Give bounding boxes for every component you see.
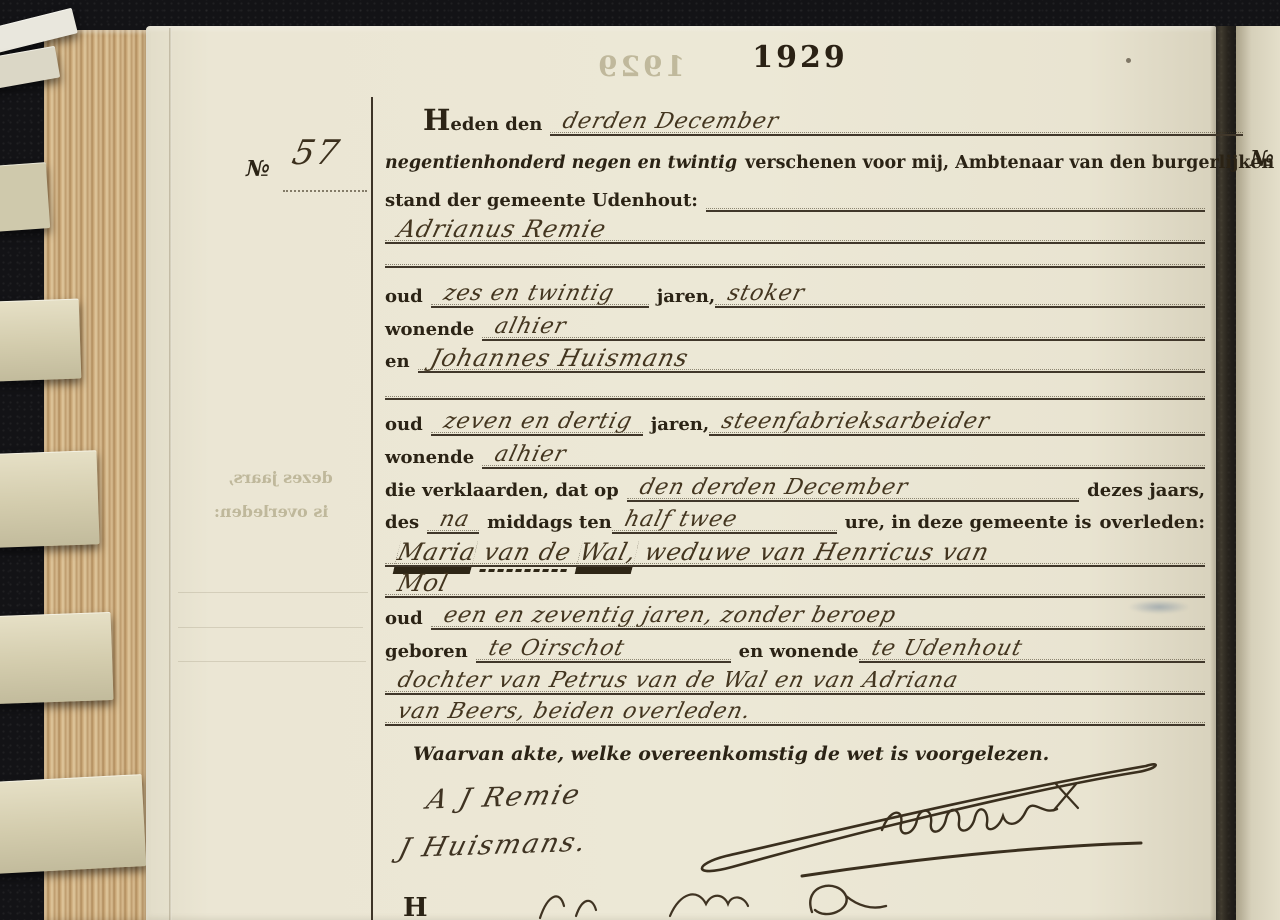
page-marker-tab	[0, 299, 81, 382]
parents-handwriting-1: dochter van Petrus van de Wal en van Adr…	[385, 671, 964, 693]
declarant2-occupation-field: steenfabrieksarbeider	[709, 404, 1205, 436]
ink-speck	[1126, 58, 1131, 63]
bleedthrough-rule	[178, 627, 363, 628]
blue-ink-smudge	[1128, 600, 1190, 614]
form-label-wonende: wonende	[385, 320, 482, 341]
form-label-jaren: jaren,	[649, 287, 715, 308]
page-fold-line	[169, 28, 172, 920]
parents-field-1: dochter van Petrus van de Wal en van Adr…	[385, 661, 1205, 695]
day-part-field: na	[427, 502, 479, 534]
line-declarant2-name: en Johannes Huismans	[385, 339, 1205, 373]
line-year-words: negentienhonderd negen en twintig versch…	[385, 147, 1205, 173]
declarant1-age-field: zes en twintig	[431, 276, 649, 308]
line-declarant1-residence: wonende alhier	[385, 309, 1205, 341]
death-date-field: den derden December	[627, 470, 1079, 502]
declarant1-occupation-field: stoker	[715, 276, 1205, 308]
deceased-name-handwriting: Mariavan deWal,weduwe van Henricus van	[385, 541, 1005, 565]
birthplace-field: te Oirschot	[476, 631, 731, 663]
record-number: 57	[289, 133, 345, 173]
form-label-verschenen: verschenen voor mij, Ambtenaar van den b…	[745, 153, 1280, 173]
declarant1-age-handwriting: zes en twintig	[431, 284, 620, 306]
line-birth-residence: geboren te Oirschot en wonende te Udenho…	[385, 631, 1205, 663]
line-deceased-age: oud een en zeventig jaren, zonder beroep	[385, 598, 1205, 630]
death-date-handwriting: den derden December	[627, 478, 914, 500]
page-marker-tab	[0, 162, 50, 232]
bleedthrough-rule	[178, 661, 366, 662]
margin-divider-rule	[371, 97, 373, 920]
form-label-oud: oud	[385, 415, 431, 436]
register-book-scan: № 1929 1929 № 57 dezes jaars, is overled…	[0, 0, 1280, 920]
line-heden-den: Heden den derden December	[385, 104, 1243, 136]
deceased-name-field: Mariavan deWal,weduwe van Henricus van	[385, 531, 1205, 567]
line-deceased-name-2: Mol	[385, 566, 1205, 598]
line-declarant2-residence: wonende alhier	[385, 437, 1205, 469]
deceased-name-handwriting-2: Mol	[385, 572, 455, 596]
empty-ruled-line	[385, 380, 1205, 400]
deceased-given-name: Maria	[394, 538, 479, 567]
deceased-widow-of: weduwe van Henricus van	[642, 538, 993, 566]
deceased-name-field-2: Mol	[385, 566, 1205, 598]
day-part-handwriting: na	[427, 510, 476, 532]
deceased-age-handwriting: een en zeventig jaren, zonder beroep	[431, 606, 902, 628]
declarant2-residence-field: alhier	[482, 437, 1205, 469]
bleedthrough-text: is overleden:	[214, 502, 328, 521]
form-label-geboren: geboren	[385, 642, 476, 663]
line-death-date: die verklaarden, dat op den derden Decem…	[385, 470, 1205, 502]
declarant1-occupation-handwriting: stoker	[715, 284, 811, 306]
form-label-en-wonende: en wonende	[731, 642, 859, 663]
form-label-year-words: negentienhonderd negen en twintig	[385, 153, 745, 173]
declarant2-age-field: zeven en dertig	[431, 404, 643, 436]
deceased-surname: Wal,	[576, 538, 639, 567]
declarant1-name-field: Adrianus Remie	[385, 208, 1205, 244]
form-label-dezes-jaars: dezes jaars,	[1079, 481, 1205, 502]
declarant2-name-field: Johannes Huismans	[418, 339, 1205, 373]
declarant2-occupation-handwriting: steenfabrieksarbeider	[709, 412, 996, 434]
deceased-age-field: een en zeventig jaren, zonder beroep	[431, 598, 1205, 630]
witness1-signature: A J Remie	[423, 779, 584, 815]
bleedthrough-rule	[178, 592, 368, 593]
residence-handwriting: te Udenhout	[859, 639, 1029, 661]
empty-rule	[385, 248, 1205, 268]
declarant1-residence-field: alhier	[482, 309, 1205, 341]
line-death-time: des na middags ten half twee ure, in dez…	[385, 502, 1205, 534]
registrar-signature	[686, 750, 1186, 890]
form-label-wonende: wonende	[385, 448, 482, 469]
parents-field-2: van Beers, beiden overleden.	[385, 692, 1205, 726]
next-act-start-label: H	[403, 893, 428, 920]
form-label-jaren: jaren,	[643, 415, 709, 436]
death-time-handwriting: half twee	[612, 510, 744, 532]
form-label-oud: oud	[385, 609, 431, 630]
line-parents-2: van Beers, beiden overleden.	[385, 692, 1205, 726]
year-header: 1929	[640, 40, 960, 75]
declarant2-name-handwriting: Johannes Huismans	[418, 347, 695, 371]
declarant2-residence-handwriting: alhier	[482, 445, 572, 467]
form-label-en: en	[385, 352, 418, 373]
line-declarant1-age: oud zes en twintig jaren, stoker	[385, 276, 1205, 308]
next-act-handwriting	[520, 886, 940, 920]
act-date-handwriting: derden December	[550, 112, 785, 134]
record-number-symbol: №	[246, 156, 270, 182]
line-deceased-name: Mariavan deWal,weduwe van Henricus van	[385, 531, 1205, 567]
line-declarant1-name: Adrianus Remie	[385, 208, 1205, 244]
line-parents-1: dochter van Petrus van de Wal en van Adr…	[385, 661, 1205, 695]
bleedthrough-text: dezes jaars,	[228, 468, 333, 487]
form-label-oud: oud	[385, 287, 431, 308]
declarant1-name-handwriting: Adrianus Remie	[385, 218, 613, 242]
line-declarant2-age: oud zeven en dertig jaren, steenfabrieks…	[385, 404, 1205, 436]
page-marker-tab	[0, 612, 113, 704]
residence-field: te Udenhout	[859, 631, 1205, 663]
record-number-underline	[283, 190, 367, 192]
page-marker-tab	[0, 450, 100, 548]
page-marker-tab	[0, 774, 146, 874]
form-label-heden-den: Heden den	[423, 109, 550, 136]
form-label-die-verklaarden: die verklaarden, dat op	[385, 481, 627, 502]
act-date-field: derden December	[550, 104, 1243, 136]
empty-rule	[385, 380, 1205, 400]
parents-handwriting-2: van Beers, beiden overleden.	[385, 702, 757, 724]
declarant2-age-handwriting: zeven en dertig	[431, 412, 638, 434]
birthplace-handwriting: te Oirschot	[476, 639, 631, 661]
death-time-field: half twee	[612, 502, 837, 534]
empty-ruled-line	[385, 248, 1205, 268]
declarant1-residence-handwriting: alhier	[482, 317, 572, 339]
